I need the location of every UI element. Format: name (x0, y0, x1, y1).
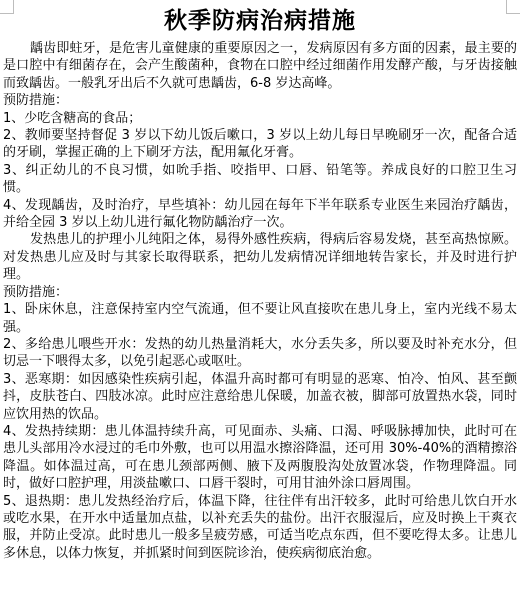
fever-prevention-item-5: 5、退热期：患儿发热经治疗后，体温下降，往往伴有出汗较多，此时可给患儿饮白开水或… (3, 493, 517, 563)
fever-prevention-item-3: 3、恶寒期：如因感染性疾病引起，体温升高时都可有明显的恶寒、怕冷、怕风、甚至颤抖… (3, 371, 517, 423)
caries-prevention-item-2: 2、教师要坚持督促 3 岁以下幼儿饭后嗽口，3 岁以上幼儿每日早晚刷牙一次，配备… (3, 127, 517, 162)
document-page: 秋季防病治病措施 龋齿即蛀牙，是危害儿童健康的重要原因之一，发病原因有多方面的因… (0, 0, 520, 599)
paragraph-fever-care-intro: 发热患儿的护理小儿纯阳之体，易得外感性疾病，得病后容易发烧，甚至高热惊厥。对发热… (3, 231, 517, 283)
margin-corner-mark-top-right-icon (506, 0, 520, 14)
fever-prevention-item-1: 1、卧床休息，注意保持室内空气流通，但不要让风直接吹在患儿身上，室内光线不易太强… (3, 301, 517, 336)
caries-prevention-heading: 预防措施： (3, 92, 517, 109)
document-title: 秋季防病治病措施 (3, 6, 517, 36)
caries-prevention-item-3: 3、纠正幼儿的不良习惯，如吮手指、咬指甲、口唇、铅笔等。养成良好的口腔卫生习惯。 (3, 162, 517, 197)
paragraph-caries-intro: 龋齿即蛀牙，是危害儿童健康的重要原因之一，发病原因有多方面的因素，最主要的是口腔… (3, 40, 517, 92)
margin-corner-mark-top-left-icon (0, 0, 14, 14)
caries-prevention-item-1: 1、少吃含糖高的食品； (3, 110, 517, 127)
fever-prevention-heading: 预防措施： (3, 284, 517, 301)
fever-prevention-item-4: 4、发热持续期：患儿体温持续升高，可见面赤、头痛、口渴、呼吸脉搏加快，此时可在患… (3, 423, 517, 493)
fever-prevention-item-2: 2、多给患儿喂些开水：发热的幼儿热量消耗大，水分丢失多，所以要及时补充水分，但切… (3, 336, 517, 371)
document-body: 龋齿即蛀牙，是危害儿童健康的重要原因之一，发病原因有多方面的因素，最主要的是口腔… (3, 40, 517, 562)
caries-prevention-item-4: 4、发现龋齿，及时治疗，早些填补：幼儿园在每年下半年联系专业医生来园治疗龋齿，并… (3, 197, 517, 232)
